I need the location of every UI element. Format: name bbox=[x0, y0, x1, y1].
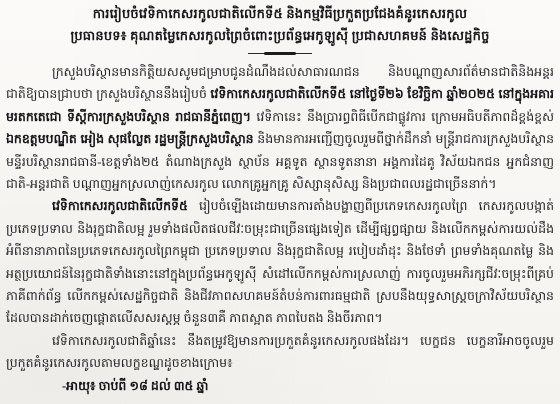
document-title-line-1: ការរៀបចំវេទិកាកេសរកូលជាតិលើកទី៥ និងកម្មវ… bbox=[24, 3, 536, 25]
paragraph-announcement: ក្រសួងបរិស្ថានមានកិត្តិយសសូមជម្រាបជូនដំណ… bbox=[6, 61, 554, 195]
opening-ceremony-text: វេទិកានេះ នឹងប្រារព្ធពិធីបើកជាផ្លូវការ ក… bbox=[251, 110, 554, 124]
title-divider-ornament bbox=[248, 50, 312, 57]
document-body: ក្រសួងបរិស្ថានមានកិត្តិយសសូមជម្រាបជូនដំណ… bbox=[6, 61, 554, 397]
paragraph-drawing-competition: វេទិកាកេសរកូលជាតិឆ្នាំនេះ នឹងតម្រូវឱ្យមា… bbox=[6, 330, 554, 375]
forum-name-text: វេទិកាកេសរកូលជាតិលើកទី៥ bbox=[52, 199, 188, 213]
competition-intro-text: វេទិកាកេសរកូលជាតិឆ្នាំនេះ នឹងតម្រូវឱ្យមា… bbox=[6, 334, 554, 370]
document-title: ការរៀបចំវេទិកាកេសរកូលជាតិលើកទី៥ និងកម្មវ… bbox=[6, 2, 554, 47]
minister-name-text: ឯកឧត្តមបណ្ឌិត អៀង សុផល្លែត រដ្ឋមន្ត្រីក្… bbox=[6, 132, 254, 146]
document-title-line-2: ប្រធានបទ៖ គុណតម្លៃកេសរកូលព្រៃចំពោះប្រព័ន… bbox=[24, 25, 536, 47]
age-requirement-line: -អាយុ៖ ចាប់ពី ១៨ ដល់ ៣៥ ឆ្នាំ bbox=[62, 375, 554, 397]
paragraph-forum-description: វេទិកាកេសរកូលជាតិលើកទី៥ រៀបចំឡើងដោយមានកា… bbox=[6, 195, 554, 329]
press-release-page: ការរៀបចំវេទិកាកេសរកូលជាតិលើកទី៥ និងកម្មវ… bbox=[0, 0, 560, 404]
forum-purpose-text: រៀបចំឡើងដោយមានការតាំងបង្ហាញពីប្រភេទកេសរក… bbox=[6, 199, 554, 325]
